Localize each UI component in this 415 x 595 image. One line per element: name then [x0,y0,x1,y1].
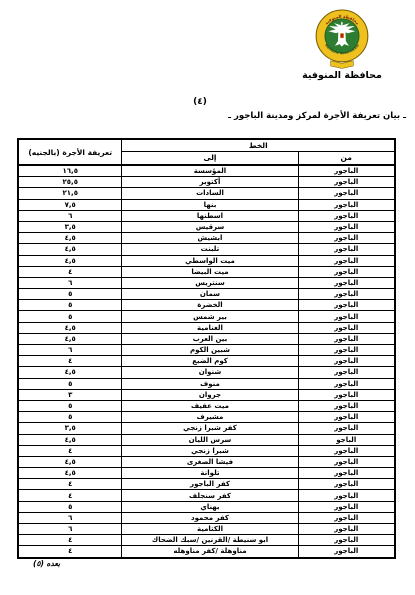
table-row: الباجور كفر شبرا زنجي ٣,٥ [18,423,395,434]
fare-table-body: الباجور المؤسسة ١٦,٥ الباجور أكتوبر ٢٥,٥… [18,165,395,558]
to-cell: كفر الباجور [122,479,298,490]
fare-cell: ٦ [18,524,122,535]
table-row: الباجور السادات ٢١,٥ [18,188,395,199]
fare-cell: ٢٥,٥ [18,177,122,188]
from-cell: الباجور [298,266,395,277]
fare-cell: ٤,٥ [18,434,122,445]
table-row: الباجور تلبنت ٤,٥ [18,244,395,255]
fare-cell: ٣ [18,389,122,400]
to-cell: ميت البيضا [122,266,298,277]
to-cell: بنها [122,199,298,210]
fare-cell: ٤,٥ [18,456,122,467]
fare-cell: ٧,٥ [18,199,122,210]
fare-cell: ٤,٥ [18,233,122,244]
fare-cell: ٤,٥ [18,322,122,333]
header-from: من [298,151,395,165]
from-cell: الباجور [298,524,395,535]
from-cell: الباجور [298,345,395,356]
to-cell: سمان [122,289,298,300]
table-row: الباجور شبرا زنجي ٤ [18,445,395,456]
governorate-emblem-logo: محافظة المنوفية Menoufia Governorate [314,9,370,69]
page-number: (٤) [0,97,400,107]
to-cell: تلوانة [122,468,298,479]
table-row: الباجور كفر محمود ٦ [18,512,395,523]
from-cell: الباجور [298,244,395,255]
to-cell: اسطنها [122,210,298,221]
table-row: الباجور مشيرف ٥ [18,412,395,423]
to-cell: تلبنت [122,244,298,255]
from-cell: الباجور [298,233,395,244]
fare-cell: ٤ [18,535,122,546]
from-cell: الباجور [298,255,395,266]
fare-cell: ٦ [18,210,122,221]
header-to: إلى [122,151,298,165]
from-cell: الباجور [298,210,395,221]
fare-cell: ٦ [18,345,122,356]
fare-cell: ٤,٥ [18,255,122,266]
from-cell: الباجور [298,311,395,322]
document-subtitle: ـ بيان تعريفة الأجرة لمركز ومدينة الباجو… [228,111,406,121]
table-row: الباجور سمان ٥ [18,289,395,300]
to-cell: الخضرة [122,300,298,311]
from-cell: الباجور [298,300,395,311]
table-row: الباجور كفر الباجور ٤ [18,479,395,490]
to-cell: الغنامية [122,322,298,333]
to-cell: شبرا زنجي [122,445,298,456]
fare-table-header: الخط تعريفة الأجرة (بالجنيه) من إلى [18,139,395,165]
from-cell: الباجور [298,535,395,546]
to-cell: السادات [122,188,298,199]
to-cell: بير شمس [122,311,298,322]
from-cell: الباجور [298,456,395,467]
fare-cell: ٢١,٥ [18,188,122,199]
fare-cell: ٥ [18,412,122,423]
continuation-note: بعده (٥) [33,559,60,568]
from-cell: الباجور [298,221,395,232]
from-cell: الباجور [298,199,395,210]
table-row: الباجور فيشا الصغرى ٤,٥ [18,456,395,467]
table-row: الباجور بين العرب ٤,٥ [18,333,395,344]
fare-cell: ٤ [18,356,122,367]
to-cell: مشيرف [122,412,298,423]
document-page: محافظة المنوفية Menoufia Governorate محا… [0,0,415,595]
from-cell: الباجور [298,177,395,188]
fare-cell: ٤,٥ [18,333,122,344]
fare-cell: ٤ [18,546,122,558]
header-fare: تعريفة الأجرة (بالجنيه) [18,139,122,165]
from-cell: الباجور [298,367,395,378]
fare-cell: ٤,٥ [18,244,122,255]
table-row: الباجور جروان ٣ [18,389,395,400]
to-cell: جروان [122,389,298,400]
to-cell: الكتامية [122,524,298,535]
eagle-shield [340,33,343,38]
to-cell: ميت الواسطي [122,255,298,266]
from-cell: الباجور [298,356,395,367]
fare-cell: ٥ [18,289,122,300]
to-cell: بين العرب [122,333,298,344]
fare-cell: ٦ [18,512,122,523]
from-cell: الباجور [298,289,395,300]
fare-table: الخط تعريفة الأجرة (بالجنيه) من إلى البا… [17,138,396,559]
fare-cell: ٥ [18,311,122,322]
from-cell: الباجور [298,501,395,512]
table-row: الباجور الخضرة ٥ [18,300,395,311]
table-row: الباجور منوف ٥ [18,378,395,389]
table-row: الباجور كوم الضبع ٤ [18,356,395,367]
table-row: الباجور المؤسسة ١٦,٥ [18,165,395,177]
from-cell: الباجور [298,389,395,400]
fare-cell: ٤ [18,479,122,490]
fare-cell: ١٦,٥ [18,165,122,177]
fare-cell: ٤ [18,490,122,501]
to-cell: سرقيس [122,221,298,232]
fare-cell: ٤,٥ [18,468,122,479]
table-row: الباجور اسطنها ٦ [18,210,395,221]
table-row: الباجور بهناي ٥ [18,501,395,512]
table-row: الباجور ميت البيضا ٤ [18,266,395,277]
to-cell: مناوهلة /كفر مناوهله [122,546,298,558]
from-cell: الباجور [298,412,395,423]
to-cell: سنتريس [122,277,298,288]
from-cell: الباجور [298,445,395,456]
from-cell: الباجور [298,188,395,199]
table-row: الباجور شنوان ٤,٥ [18,367,395,378]
governorate-title: محافظة المنوفية [300,70,384,81]
from-cell: الباجور [298,468,395,479]
fare-cell: ٣,٥ [18,423,122,434]
table-row: الباجور كفر سنجلف ٤ [18,490,395,501]
to-cell: أكتوبر [122,177,298,188]
from-cell: الباجور [298,423,395,434]
from-cell: الباجور [298,333,395,344]
table-row: الباجور الكتامية ٦ [18,524,395,535]
from-cell: الباجور [298,490,395,501]
to-cell: سرس الليان [122,434,298,445]
to-cell: شبين الكوم [122,345,298,356]
table-row: الباجور ميت الواسطي ٤,٥ [18,255,395,266]
to-cell: ابشيش [122,233,298,244]
table-row: الباجور الغنامية ٤,٥ [18,322,395,333]
table-row: الباجور سرقيس ٣,٥ [18,221,395,232]
fare-cell: ٥ [18,400,122,411]
to-cell: كفر سنجلف [122,490,298,501]
table-row: الباجور بنها ٧,٥ [18,199,395,210]
to-cell: كوم الضبع [122,356,298,367]
table-row: الباجور شبين الكوم ٦ [18,345,395,356]
from-cell: الباجور [298,277,395,288]
to-cell: ميت عفيف [122,400,298,411]
to-cell: بهناي [122,501,298,512]
from-cell: الباجور [298,400,395,411]
from-cell: الباجور [298,512,395,523]
header-line-group: الخط [122,139,395,151]
fare-cell: ٥ [18,501,122,512]
from-cell: الباجور [298,378,395,389]
fare-cell: ٥ [18,300,122,311]
from-cell: الباجور [298,546,395,558]
fare-cell: ٤ [18,445,122,456]
from-cell: الباجور [298,479,395,490]
table-row: الباجور سنتريس ٦ [18,277,395,288]
table-row: الباجور مناوهلة /كفر مناوهله ٤ [18,546,395,558]
to-cell: كفر محمود [122,512,298,523]
table-row: الباجور ابو سنيطة /القرنين /سبك الضحاك ٤ [18,535,395,546]
table-row: الباجو سرس الليان ٤,٥ [18,434,395,445]
table-row: الباجور تلوانة ٤,٥ [18,468,395,479]
to-cell: ابو سنيطة /القرنين /سبك الضحاك [122,535,298,546]
to-cell: شنوان [122,367,298,378]
fare-cell: ٣,٥ [18,221,122,232]
to-cell: المؤسسة [122,165,298,177]
from-cell: الباجور [298,165,395,177]
fare-cell: ٦ [18,277,122,288]
from-cell: الباجور [298,322,395,333]
fare-cell: ٤,٥ [18,367,122,378]
table-row: الباجور ميت عفيف ٥ [18,400,395,411]
to-cell: كفر شبرا زنجي [122,423,298,434]
fare-cell: ٥ [18,378,122,389]
table-row: الباجور ابشيش ٤,٥ [18,233,395,244]
table-row: الباجور بير شمس ٥ [18,311,395,322]
to-cell: منوف [122,378,298,389]
table-row: الباجور أكتوبر ٢٥,٥ [18,177,395,188]
fare-cell: ٤ [18,266,122,277]
from-cell: الباجو [298,434,395,445]
to-cell: فيشا الصغرى [122,456,298,467]
